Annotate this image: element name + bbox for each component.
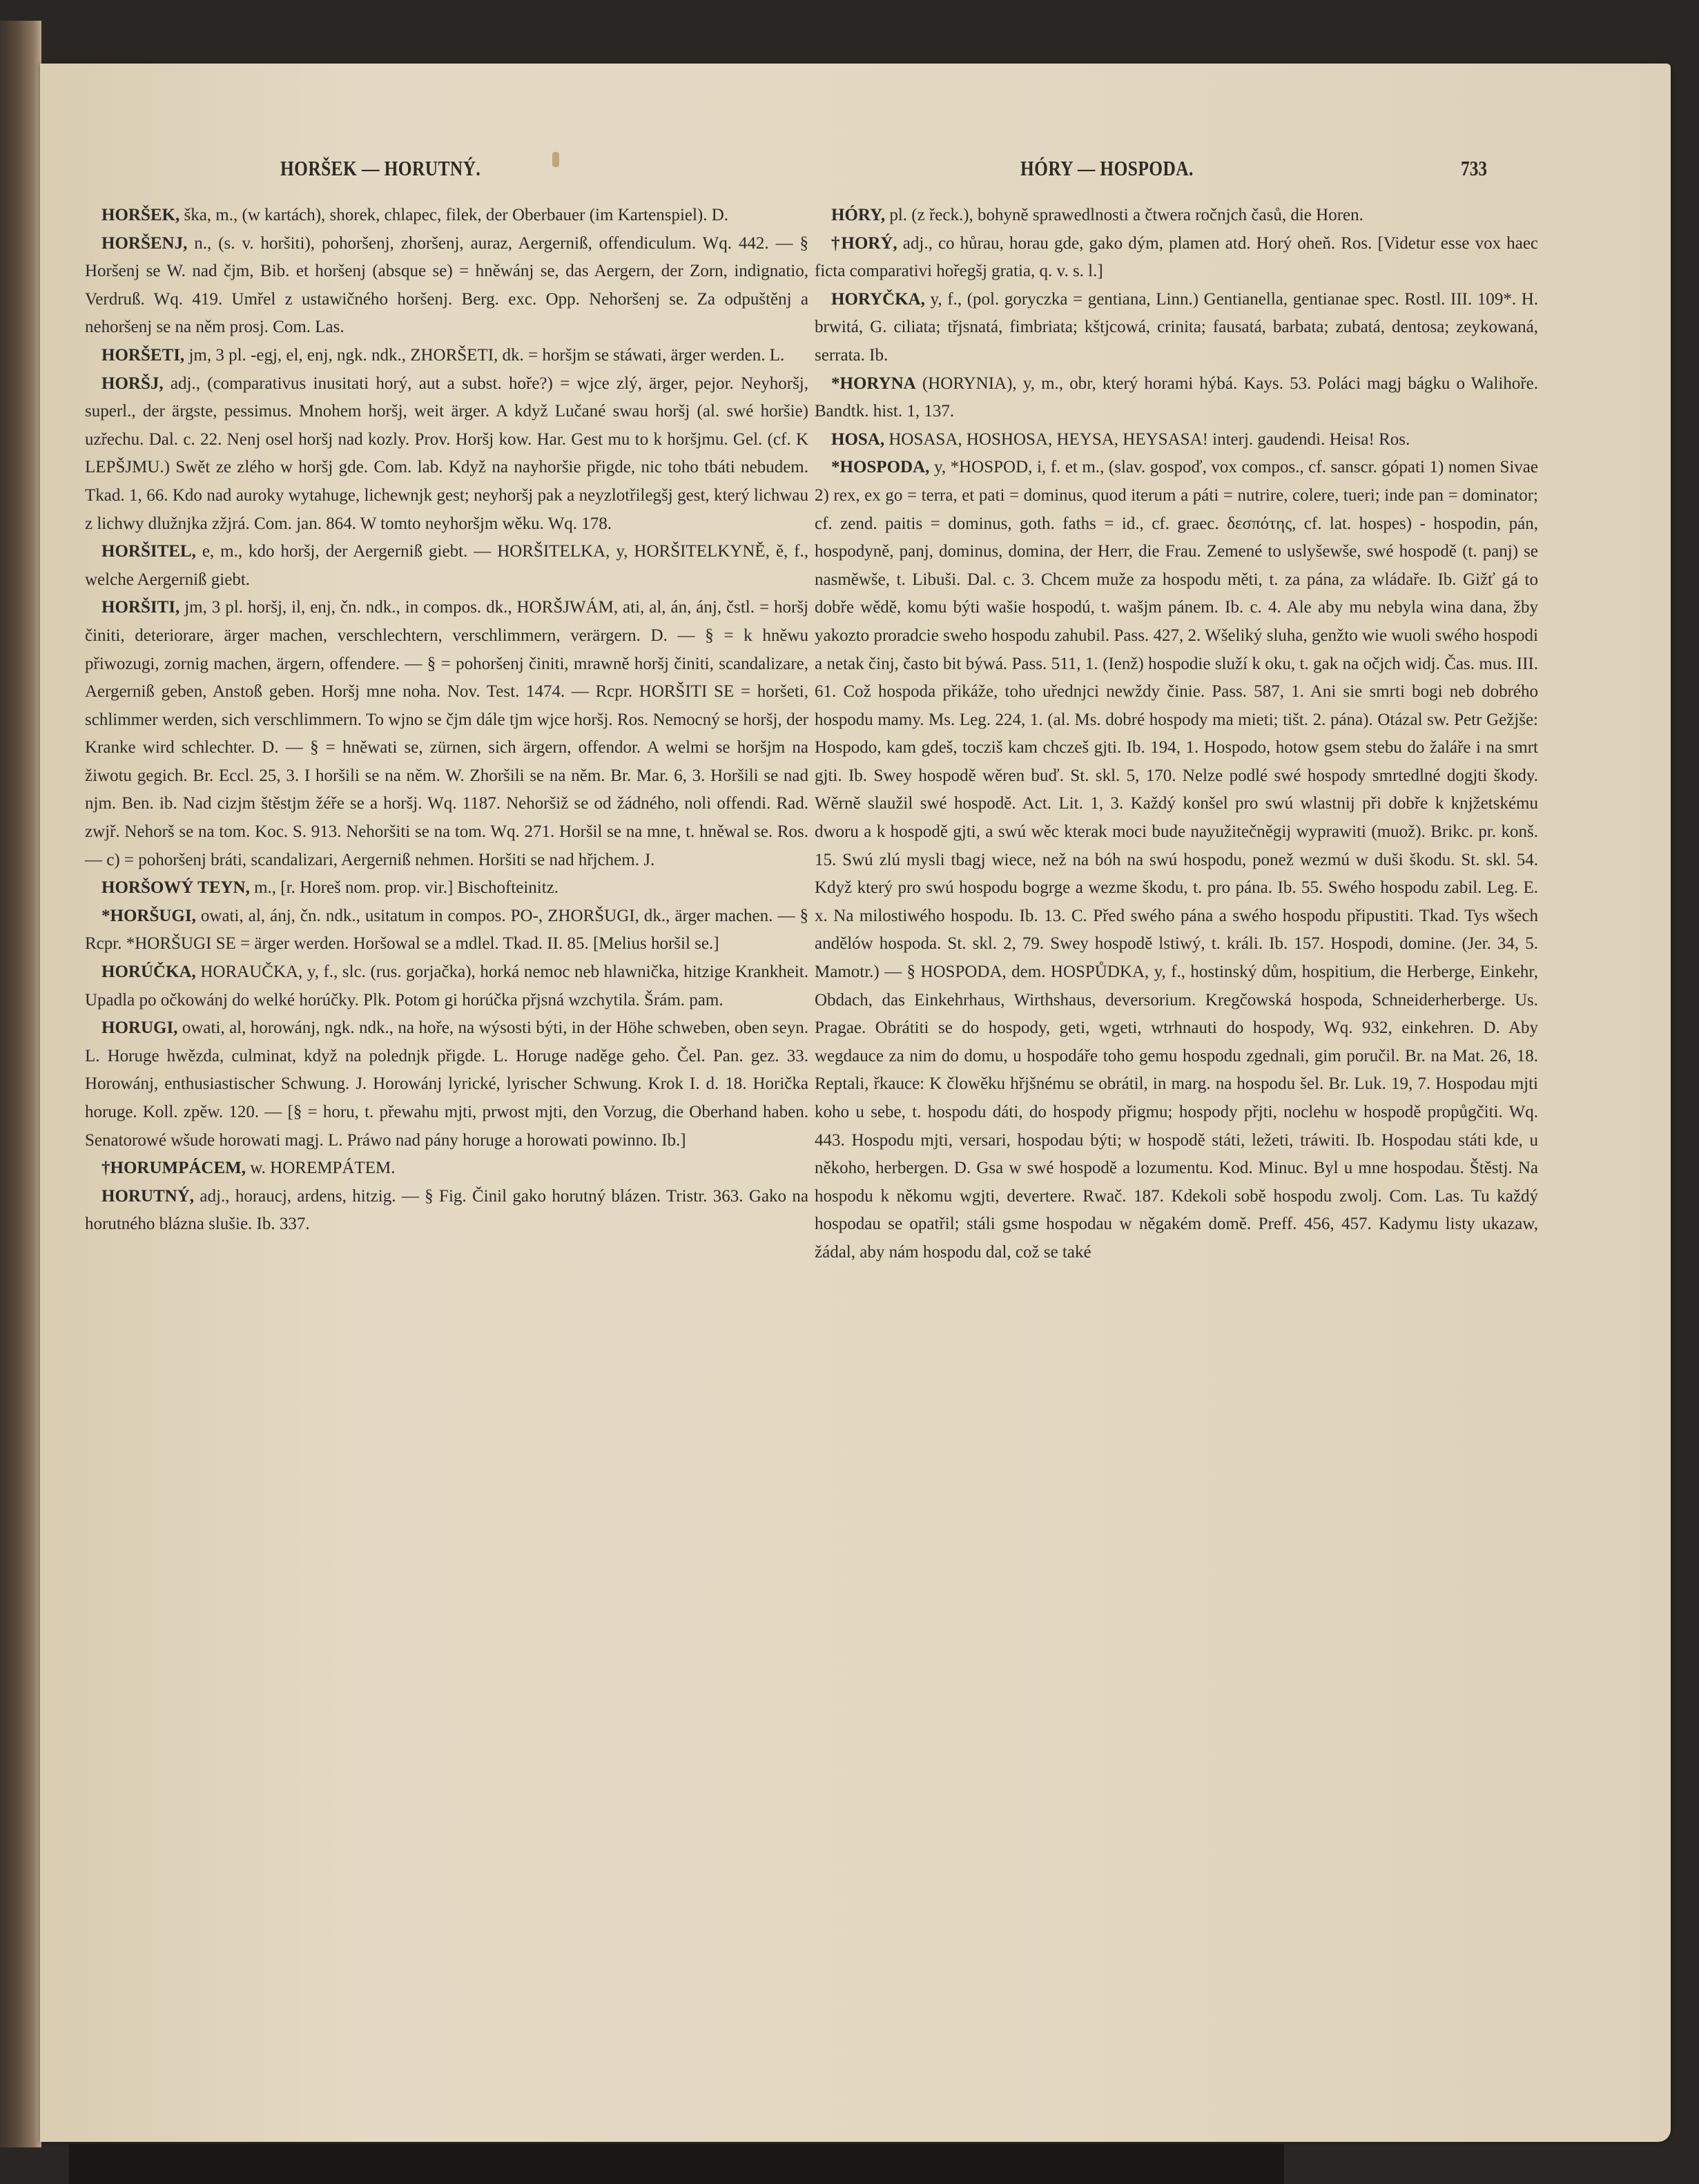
entry-text: pl. (z řeck.), bohyně sprawedlnosti a čt… <box>889 206 1363 224</box>
paper-stain <box>552 152 559 167</box>
entry-text: ška, m., (w kartách), shorek, chlapec, f… <box>184 206 728 224</box>
running-head-right: HÓRY — HOSPODA. <box>1020 156 1194 181</box>
entry-text: m., [r. Horeš nom. prop. vir.] Bischofte… <box>254 878 559 897</box>
entry-text: adj., (comparativus inusitati horý, aut … <box>85 374 808 533</box>
entry-text: (HORYNIA), y, m., obr, který horami hýbá… <box>815 374 1538 421</box>
entry-text: w. HOREMPÁTEM. <box>250 1159 395 1177</box>
headword: HORUTNÝ, <box>101 1187 194 1206</box>
entry-text: jm, 3 pl. -egj, el, enj, ngk. ndk., ZHOR… <box>188 346 784 365</box>
headword: HORŠITI, <box>101 598 179 617</box>
book-spine-edge <box>0 21 41 2147</box>
headword: HORÚČKA, <box>101 963 196 981</box>
headword: *HOSPODA, <box>831 458 929 476</box>
entry-horsitel: HORŠITEL, e, m., kdo horšj, der Aergerni… <box>85 538 808 594</box>
entry-horsenj: HORŠENJ, n., (s. v. horšiti), pohoršenj,… <box>85 230 808 342</box>
entry-horseti: HORŠETI, jm, 3 pl. -egj, el, enj, ngk. n… <box>85 342 808 370</box>
running-head-left: HORŠEK — HORUTNÝ. <box>280 156 480 181</box>
entry-horsj: HORŠJ, adj., (comparativus inusitati hor… <box>85 370 808 539</box>
entry-text: adj., horaucj, ardens, hitzig. — § Fig. … <box>85 1187 808 1234</box>
headword: HORUGI, <box>101 1018 177 1037</box>
entry-text: owati, al, horowánj, ngk. ndk., na hoře,… <box>85 1018 808 1149</box>
entry-horugi: HORUGI, owati, al, horowánj, ngk. ndk., … <box>85 1014 808 1154</box>
headword: HORŠOWÝ TEYN, <box>101 878 250 897</box>
entry-horsiti: HORŠITI, jm, 3 pl. horšj, il, enj, čn. n… <box>85 594 808 874</box>
headword: HOSA, <box>831 430 884 449</box>
headword: HORYČKA, <box>831 290 925 309</box>
entry-hory-pl: HÓRY, pl. (z řeck.), bohyně sprawedlnost… <box>815 202 1538 230</box>
page-number: 733 <box>1461 156 1487 181</box>
entry-text: n., (s. v. horšiti), pohoršenj, zhoršenj… <box>85 234 808 337</box>
entry-text: jm, 3 pl. horšj, il, enj, čn. ndk., in c… <box>85 598 808 869</box>
headword: HORŠEK, <box>101 206 179 224</box>
entry-text: y, *HOSPOD, i, f. et m., (slav. gospoď, … <box>815 458 1538 1262</box>
entry-hory-adj: †HORÝ, adj., co hůrau, horau gde, gako d… <box>815 230 1538 286</box>
entry-horsugi: *HORŠUGI, owati, al, ánj, čn. ndk., usit… <box>85 902 808 958</box>
entry-horutny: HORUTNÝ, adj., horaucj, ardens, hitzig. … <box>85 1183 808 1239</box>
scan-bottom-shadow <box>69 2144 1284 2184</box>
entry-horumpacem: †HORUMPÁCEM, w. HOREMPÁTEM. <box>85 1154 808 1183</box>
entry-horyna: *HORYNA (HORYNIA), y, m., obr, který hor… <box>815 370 1538 426</box>
entry-horsowy-teyn: HORŠOWÝ TEYN, m., [r. Horeš nom. prop. v… <box>85 874 808 902</box>
headword: HÓRY, <box>831 206 885 224</box>
headword: †HORUMPÁCEM, <box>101 1159 246 1177</box>
headword: *HORŠUGI, <box>101 907 196 925</box>
headword: HORŠETI, <box>101 346 184 365</box>
entry-hosa: HOSA, HOSASA, HOSHOSA, HEYSA, HEYSASA! i… <box>815 426 1538 454</box>
headword: *HORYNA <box>831 374 916 393</box>
headword: HORŠITEL, <box>101 542 196 561</box>
entry-horucka: HORÚČKA, HORAUČKA, y, f., slc. (rus. gor… <box>85 958 808 1014</box>
entry-horsek: HORŠEK, ška, m., (w kartách), shorek, ch… <box>85 202 808 230</box>
entry-text: adj., co hůrau, horau gde, gako dým, pla… <box>815 234 1538 281</box>
entry-horycka: HORYČKA, y, f., (pol. goryczka = gentian… <box>815 286 1538 370</box>
right-column: HÓRY, pl. (z řeck.), bohyně sprawedlnost… <box>815 202 1538 1267</box>
headword: HORŠENJ, <box>101 234 187 253</box>
headword: HORŠJ, <box>101 374 164 393</box>
entry-text: HOSASA, HOSHOSA, HEYSA, HEYSASA! interj.… <box>889 430 1410 449</box>
entry-hospoda: *HOSPODA, y, *HOSPOD, i, f. et m., (slav… <box>815 454 1538 1266</box>
left-column: HORŠEK, ška, m., (w kartách), shorek, ch… <box>85 202 808 1239</box>
headword: †HORÝ, <box>831 234 897 253</box>
